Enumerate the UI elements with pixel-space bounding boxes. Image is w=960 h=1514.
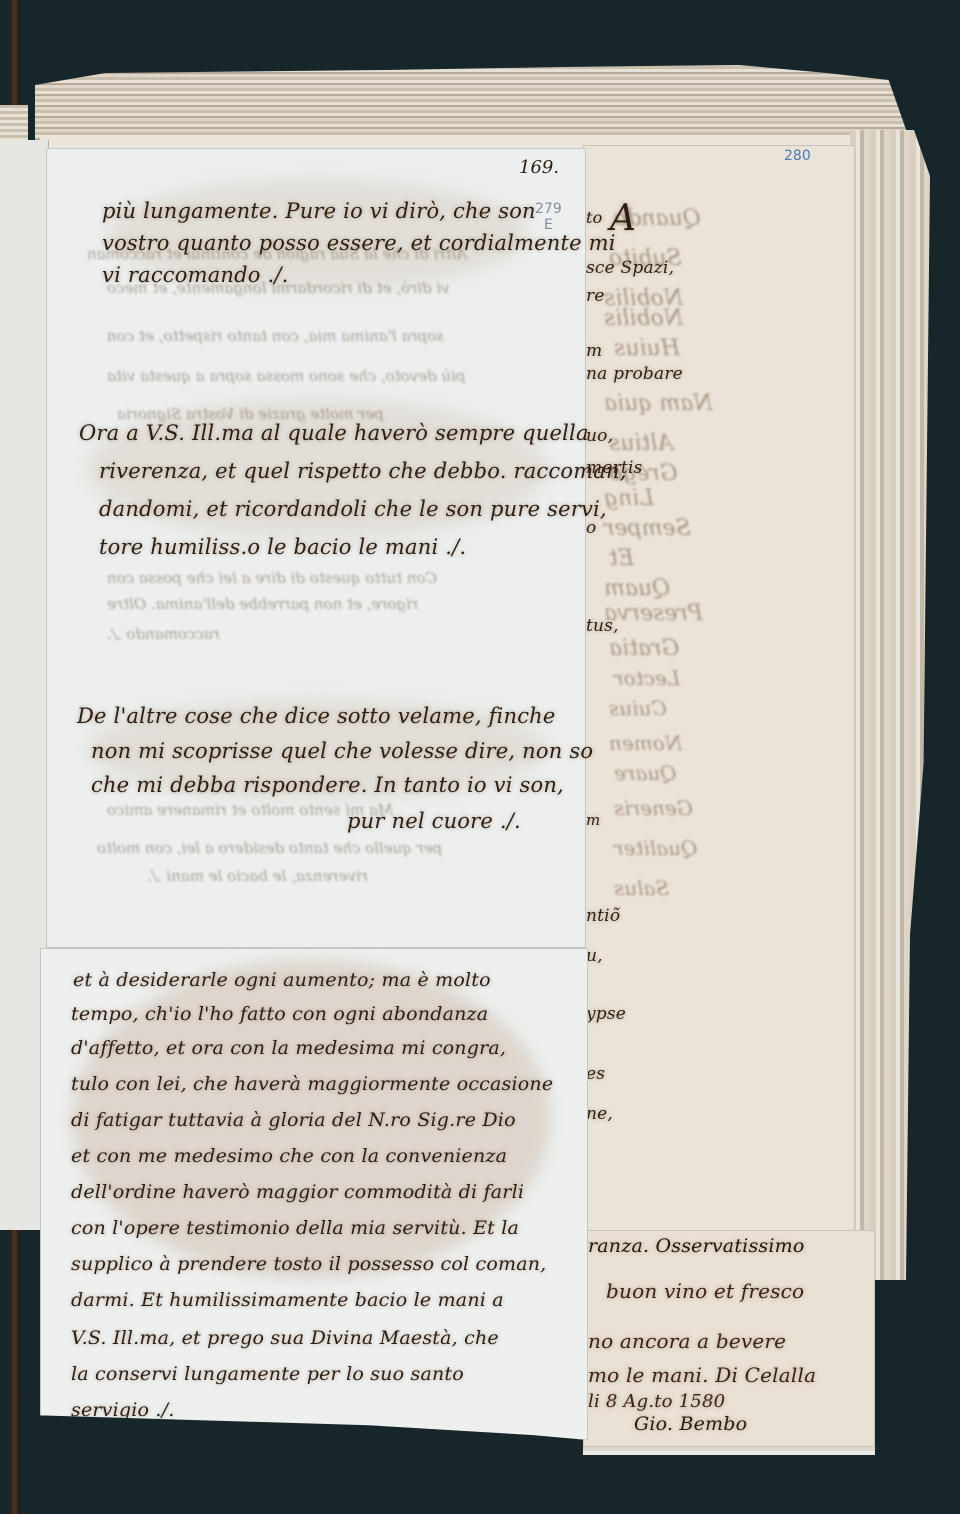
letter-line: riverenza, et quel rispetto che debbo. r… bbox=[99, 459, 627, 483]
bleed-line: Con tutto questo di dire a lei che possa… bbox=[107, 569, 437, 587]
letter-line: servigio ./. bbox=[71, 1399, 175, 1421]
main-letter-sheet: 169. 279 E Altri di che la Sua ragion de… bbox=[46, 148, 586, 948]
right-fragment: m bbox=[586, 341, 602, 361]
bleed-line: Cuius bbox=[609, 696, 667, 720]
letter-line: De l'altre cose che dice sotto velame, f… bbox=[77, 704, 556, 728]
right-fragment: uo, bbox=[586, 426, 613, 446]
right-fragment: es bbox=[586, 1064, 605, 1084]
bleed-line: Lector bbox=[614, 666, 680, 690]
bleed-line: rigore, et non parrebbe dell'anima. Oltr… bbox=[107, 595, 418, 613]
bleed-line: Generis bbox=[614, 796, 693, 820]
letter-line: dandomi, et ricordandoli che le son pure… bbox=[99, 497, 607, 521]
bleed-line: sopra l'anima mia, con tanto rispetto, e… bbox=[107, 327, 444, 345]
bleed-line: per quello che tanto desidero a lei, con… bbox=[97, 839, 442, 857]
slip-line: buon vino et fresco bbox=[606, 1279, 804, 1303]
letter-line: dell'ordine haverò maggior commodità di … bbox=[71, 1181, 524, 1203]
bleed-line: più devoto, che sono mossa sopra a quest… bbox=[107, 367, 465, 385]
bleed-line: riverenza, le bacio le mani ./. bbox=[147, 867, 368, 885]
slip-line: mo le mani. Di Celalla bbox=[588, 1363, 816, 1387]
right-fragment: to bbox=[586, 208, 602, 227]
page-edges-left bbox=[0, 105, 28, 145]
bleed-line: Quam bbox=[604, 576, 670, 601]
page-edges-right bbox=[850, 130, 930, 1280]
bleed-line: Semper bbox=[604, 516, 691, 541]
signature-slip: ranza. Osservatissimo buon vino et fresc… bbox=[583, 1230, 875, 1447]
right-sheet: 280 Quando Subito Nobilis Nobilis Huius … bbox=[583, 145, 855, 1247]
right-fragment: na probare bbox=[586, 364, 683, 384]
bleed-line: raccomando ./. bbox=[107, 625, 220, 643]
letter-line: vostro quanto posso essere, et cordialme… bbox=[102, 231, 616, 255]
bleed-line: Ma mi sento molto et rimanere amico bbox=[107, 801, 393, 819]
letter-line: tempo, ch'io l'ho fatto con ogni abondan… bbox=[71, 1003, 488, 1025]
letter-line: et à desiderarle ogni aumento; ma è molt… bbox=[73, 969, 491, 991]
bleed-line: Nomen bbox=[609, 731, 682, 755]
pencil-folio-number: 279 E bbox=[535, 201, 562, 233]
letter-line: supplico à prendere tosto il possesso co… bbox=[71, 1253, 546, 1275]
bleed-line: Qualiter bbox=[614, 836, 697, 860]
bleed-line: Gratia bbox=[609, 636, 679, 661]
bleed-line: Altius bbox=[609, 431, 673, 456]
right-fragment: m bbox=[586, 811, 600, 829]
letter-line: tore humiliss.o le bacio le mani ./. bbox=[99, 535, 466, 559]
slip-line: no ancora a bevere bbox=[588, 1329, 786, 1353]
letter-line: di fatigar tuttavia à gloria del N.ro Si… bbox=[71, 1109, 516, 1131]
right-fragment: ypse bbox=[586, 1004, 626, 1024]
letter-line: vi raccomando ./. bbox=[102, 263, 289, 287]
bleed-line: Nobilis bbox=[604, 306, 683, 331]
letter-line: Ora a V.S. Ill.ma al quale haverò sempre… bbox=[79, 421, 589, 445]
slip-line: ranza. Osservatissimo bbox=[588, 1235, 804, 1257]
right-fragment: ntiõ bbox=[586, 906, 620, 926]
pencil-number: 279 bbox=[535, 201, 562, 217]
letter-line: V.S. Ill.ma, et prego sua Divina Maestà,… bbox=[71, 1327, 499, 1349]
bleed-line: Et bbox=[609, 546, 634, 571]
letter-line: non mi scoprisse quel che volesse dire, … bbox=[91, 739, 593, 763]
letter-line: con l'opere testimonio della mia servitù… bbox=[71, 1217, 519, 1239]
bleed-line: Quare bbox=[614, 761, 677, 785]
signature: Gio. Bembo bbox=[634, 1413, 747, 1435]
letter-line: tulo con lei, che haverà maggiormente oc… bbox=[71, 1073, 553, 1095]
letter-line: et con me medesimo che con la convenienz… bbox=[71, 1145, 507, 1167]
right-fragment: sce Spazi, bbox=[586, 258, 674, 278]
right-fragment: tus, bbox=[586, 616, 619, 636]
bleed-line: Nam quia bbox=[604, 391, 713, 416]
slip-date: li 8 Ag.to 1580 bbox=[588, 1391, 725, 1412]
right-fragment: o bbox=[586, 518, 596, 538]
letter-line: d'affetto, et ora con la medesima mi con… bbox=[71, 1037, 506, 1059]
bleed-line: Ling bbox=[604, 486, 654, 511]
letter-line: più lungamente. Pure io vi dirò, che son bbox=[102, 199, 536, 223]
folio-number: 169. bbox=[519, 157, 559, 178]
bleed-line: Salus bbox=[614, 876, 669, 900]
folio-number-blue: 280 bbox=[784, 148, 811, 164]
letter-line: la conservi lungamente per lo suo santo bbox=[71, 1363, 464, 1385]
right-fragment: u, bbox=[586, 946, 603, 966]
bleed-line: Huius bbox=[614, 336, 680, 361]
letter-line: che mi debba rispondere. In tanto io vi … bbox=[91, 773, 564, 797]
lower-letter-sheet: et à desiderarle ogni aumento; ma è molt… bbox=[40, 948, 588, 1440]
letter-line: darmi. Et humilissimamente bacio le mani… bbox=[71, 1289, 504, 1311]
right-fragment: ne, bbox=[586, 1104, 613, 1124]
right-fragment: re bbox=[586, 286, 605, 306]
